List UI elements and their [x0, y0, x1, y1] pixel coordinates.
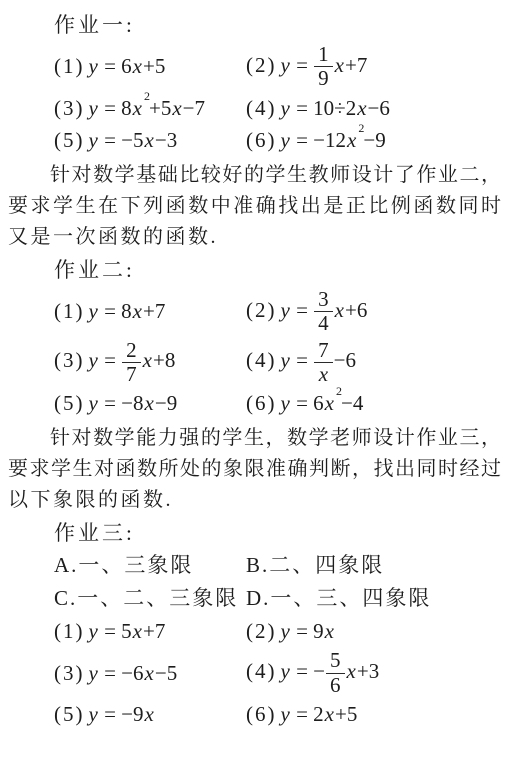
- homework-2-intro: 针对数学基础比较好的学生教师设计了作业二，要求学生在下列函数中准确找出是正比例函…: [8, 160, 501, 253]
- math-variable: y: [280, 348, 291, 372]
- formula-label: (2): [246, 53, 277, 77]
- fraction-denominator: 7: [126, 363, 137, 385]
- formula-item: (1)y = 5x+7: [54, 618, 246, 645]
- formula-label: (5): [54, 128, 85, 152]
- document: 作业一:(1)y = 6x+5(2)y = 19x+7(3)y = 8x2+5x…: [0, 0, 509, 728]
- formula-item: (4)y = 10÷2x−6: [246, 95, 501, 122]
- math-variable: x: [132, 299, 143, 323]
- formula-label: (5): [54, 702, 85, 726]
- paragraph-line: 针对数学基础比较好的学生教师设计了作业二，: [8, 160, 501, 191]
- math-expression: y = 8x+7: [88, 299, 166, 323]
- option-row: C.一、二、三象限D.一、三、四象限: [8, 583, 501, 613]
- fraction-denominator: 6: [330, 674, 341, 696]
- formula-item: (6)y = 6x2−4: [246, 390, 501, 417]
- formula-item: (4)y = −56x+3: [246, 650, 501, 696]
- math-variable: y: [88, 348, 99, 372]
- formula-row: (1)y = 6x+5(2)y = 19x+7: [8, 44, 501, 90]
- formula-row: (5)y = −8x−9(6)y = 6x2−4: [8, 390, 501, 417]
- math-variable: y: [280, 298, 291, 322]
- formula-row: (3)y = 27x+8(4)y = 7x−6: [8, 340, 501, 386]
- formula-item: (1)y = 6x+5: [54, 53, 246, 80]
- homework-3-heading: 作业三:: [8, 520, 501, 547]
- math-variable: y: [280, 128, 291, 152]
- math-variable: y: [88, 702, 99, 726]
- exponent: 2: [358, 121, 364, 135]
- fraction-numerator: 5: [326, 650, 345, 673]
- math-variable: x: [144, 702, 155, 726]
- math-expression: y = 5x+7: [88, 619, 166, 643]
- math-variable: x: [142, 348, 153, 372]
- formula-label: (1): [54, 619, 85, 643]
- formula-item: (5)y = −5x−3: [54, 127, 246, 154]
- fraction: 7x: [314, 340, 333, 386]
- math-variable: y: [88, 299, 99, 323]
- math-expression: y = 7x−6: [280, 348, 357, 372]
- formula-item: (5)y = −9x: [54, 701, 246, 728]
- math-expression: y = −56x+3: [280, 659, 380, 683]
- math-variable: x: [346, 128, 357, 152]
- fraction: 34: [314, 289, 333, 335]
- homework-2-items: (1)y = 8x+7(2)y = 34x+6(3)y = 27x+8(4)y …: [8, 289, 501, 418]
- formula-item: (5)y = −8x−9: [54, 390, 246, 417]
- math-variable: y: [88, 391, 99, 415]
- formula-label: (6): [246, 702, 277, 726]
- formula-item: (3)y = −6x−5: [54, 660, 246, 687]
- option-item: C.一、二、三象限: [54, 583, 246, 613]
- math-expression: y = −6x−5: [88, 661, 178, 685]
- paragraph-line: 针对数学能力强的学生，数学老师设计作业三，: [8, 423, 501, 454]
- exponent: 2: [336, 384, 342, 398]
- formula-item: (2)y = 19x+7: [246, 44, 501, 90]
- math-expression: y = 6x2−4: [280, 391, 364, 415]
- math-variable: x: [171, 96, 182, 120]
- math-variable: x: [318, 362, 329, 386]
- fraction: 56: [326, 650, 345, 696]
- formula-item: (4)y = 7x−6: [246, 340, 501, 386]
- fraction-denominator: x: [318, 363, 329, 385]
- formula-item: (3)y = 27x+8: [54, 340, 246, 386]
- math-variable: x: [132, 96, 143, 120]
- exponent: 2: [144, 89, 150, 103]
- paragraph-line: 以下象限的函数.: [8, 485, 501, 516]
- math-expression: y = −9x: [88, 702, 155, 726]
- option-item: A.一、三象限: [54, 550, 246, 580]
- formula-row: (1)y = 5x+7(2)y = 9x: [8, 618, 501, 645]
- homework-3-intro: 针对数学能力强的学生，数学老师设计作业三，要求学生对函数所处的象限准确判断，找出…: [8, 423, 501, 516]
- math-variable: x: [144, 391, 155, 415]
- math-variable: y: [280, 659, 291, 683]
- math-variable: x: [356, 96, 367, 120]
- formula-label: (1): [54, 299, 85, 323]
- math-variable: y: [280, 702, 291, 726]
- formula-label: (3): [54, 348, 85, 372]
- math-variable: y: [88, 54, 99, 78]
- math-variable: y: [280, 391, 291, 415]
- formula-item: (2)y = 34x+6: [246, 289, 501, 335]
- fraction-denominator: 9: [318, 67, 329, 89]
- fraction-denominator: 4: [318, 312, 329, 334]
- math-variable: y: [280, 619, 291, 643]
- math-expression: y = −5x−3: [88, 128, 178, 152]
- math-variable: y: [88, 128, 99, 152]
- fraction-numerator: 2: [122, 340, 141, 363]
- math-variable: x: [132, 54, 143, 78]
- math-variable: y: [88, 661, 99, 685]
- homework-3-items: (1)y = 5x+7(2)y = 9x(3)y = −6x−5(4)y = −…: [8, 618, 501, 728]
- formula-label: (4): [246, 96, 277, 120]
- math-variable: x: [346, 659, 357, 683]
- math-variable: y: [280, 53, 291, 77]
- formula-item: (2)y = 9x: [246, 618, 501, 645]
- paragraph-line: 要求学生在下列函数中准确找出是正比例函数同时: [8, 191, 501, 222]
- formula-label: (4): [246, 348, 277, 372]
- math-variable: x: [334, 53, 345, 77]
- fraction: 27: [122, 340, 141, 386]
- math-expression: y = 27x+8: [88, 348, 176, 372]
- option-item: B.二、四象限: [246, 550, 501, 580]
- homework-2-heading: 作业二:: [8, 257, 501, 284]
- math-variable: x: [144, 128, 155, 152]
- formula-label: (1): [54, 54, 85, 78]
- formula-item: (3)y = 8x2+5x−7: [54, 95, 246, 122]
- fraction: 19: [314, 44, 333, 90]
- formula-label: (3): [54, 96, 85, 120]
- formula-row: (3)y = 8x2+5x−7(4)y = 10÷2x−6: [8, 95, 501, 122]
- math-expression: y = 10÷2x−6: [280, 96, 390, 120]
- fraction-numerator: 7: [314, 340, 333, 363]
- formula-label: (6): [246, 128, 277, 152]
- fraction-numerator: 1: [314, 44, 333, 67]
- formula-label: (6): [246, 391, 277, 415]
- math-variable: y: [88, 96, 99, 120]
- fraction-numerator: 3: [314, 289, 333, 312]
- math-variable: x: [132, 619, 143, 643]
- formula-row: (1)y = 8x+7(2)y = 34x+6: [8, 289, 501, 335]
- math-variable: y: [88, 619, 99, 643]
- formula-row: (5)y = −9x(6)y = 2x+5: [8, 701, 501, 728]
- homework-1-items: (1)y = 6x+5(2)y = 19x+7(3)y = 8x2+5x−7(4…: [8, 44, 501, 154]
- formula-label: (2): [246, 619, 277, 643]
- quadrant-options: A.一、三象限B.二、四象限C.一、二、三象限D.一、三、四象限: [8, 550, 501, 613]
- formula-row: (5)y = −5x−3(6)y = −12x2−9: [8, 127, 501, 154]
- math-expression: y = −8x−9: [88, 391, 178, 415]
- math-expression: y = 6x+5: [88, 54, 166, 78]
- math-variable: x: [334, 298, 345, 322]
- math-expression: y = −12x2−9: [280, 128, 386, 152]
- math-expression: y = 19x+7: [280, 53, 368, 77]
- formula-label: (2): [246, 298, 277, 322]
- homework-1-heading: 作业一:: [8, 12, 501, 39]
- formula-item: (6)y = 2x+5: [246, 701, 501, 728]
- math-variable: y: [280, 96, 291, 120]
- paragraph-line: 又是一次函数的函数.: [8, 222, 501, 253]
- math-variable: x: [324, 619, 335, 643]
- math-variable: x: [324, 702, 335, 726]
- math-expression: y = 34x+6: [280, 298, 368, 322]
- formula-label: (3): [54, 661, 85, 685]
- paragraph-line: 要求学生对函数所处的象限准确判断，找出同时经过: [8, 454, 501, 485]
- formula-item: (6)y = −12x2−9: [246, 127, 501, 154]
- formula-row: (3)y = −6x−5(4)y = −56x+3: [8, 650, 501, 696]
- math-expression: y = 8x2+5x−7: [88, 96, 206, 120]
- math-variable: x: [324, 391, 335, 415]
- math-variable: x: [144, 661, 155, 685]
- formula-label: (5): [54, 391, 85, 415]
- math-expression: y = 2x+5: [280, 702, 358, 726]
- math-expression: y = 9x: [280, 619, 336, 643]
- option-item: D.一、三、四象限: [246, 583, 501, 613]
- formula-label: (4): [246, 659, 277, 683]
- option-row: A.一、三象限B.二、四象限: [8, 550, 501, 580]
- formula-item: (1)y = 8x+7: [54, 298, 246, 325]
